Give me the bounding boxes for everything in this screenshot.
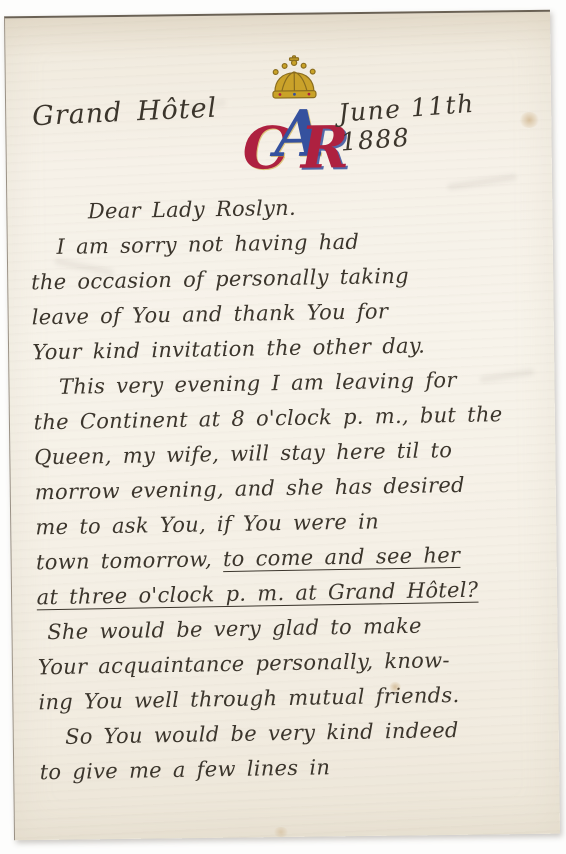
line-text: the Continent at 8 o'clock p. m., but th… (33, 402, 502, 434)
hotel-name: Grand Hôtel (32, 93, 218, 133)
letter-paper: Grand Hôtel (4, 10, 560, 841)
scanned-letter-photo: Grand Hôtel (0, 0, 566, 854)
paper-stain (389, 682, 401, 693)
line-text: morrow evening, and she has desired (35, 473, 465, 505)
line-text: This very evening I am leaving for (59, 368, 457, 399)
letter-line: to give me a few lines in (39, 746, 548, 790)
royal-cipher-monogram: C A R (234, 100, 355, 193)
underlined-phrase: at three o'clock p. m. at Grand Hôtel? (36, 578, 478, 610)
line-text: the occasion of personally taking (31, 264, 409, 295)
line-text: leave of You and thank You for (32, 299, 389, 329)
line-text: Dear Lady Roslyn. (88, 196, 296, 224)
line-text: to give me a few lines in (39, 755, 330, 784)
letter-body: Dear Lady Roslyn. I am sorry not having … (30, 187, 548, 791)
line-text: Queen, my wife, will stay here til to (34, 438, 452, 469)
line-text: town tomorrow, (36, 547, 223, 574)
line-text: me to ask You, if You were in (35, 509, 379, 539)
line-text: So You would be very kind indeed (65, 718, 459, 749)
line-text: Your acquaintance personally, know- (38, 648, 450, 679)
line-text: Your kind invitation the other day. (32, 334, 425, 365)
underlined-phrase: to come and see her (223, 543, 461, 571)
royal-letterhead-emblem: C A R (233, 54, 355, 197)
line-text: I am sorry not having had (56, 230, 359, 259)
paper-stain (273, 827, 289, 837)
line-text: She would be very glad to make (47, 614, 422, 645)
